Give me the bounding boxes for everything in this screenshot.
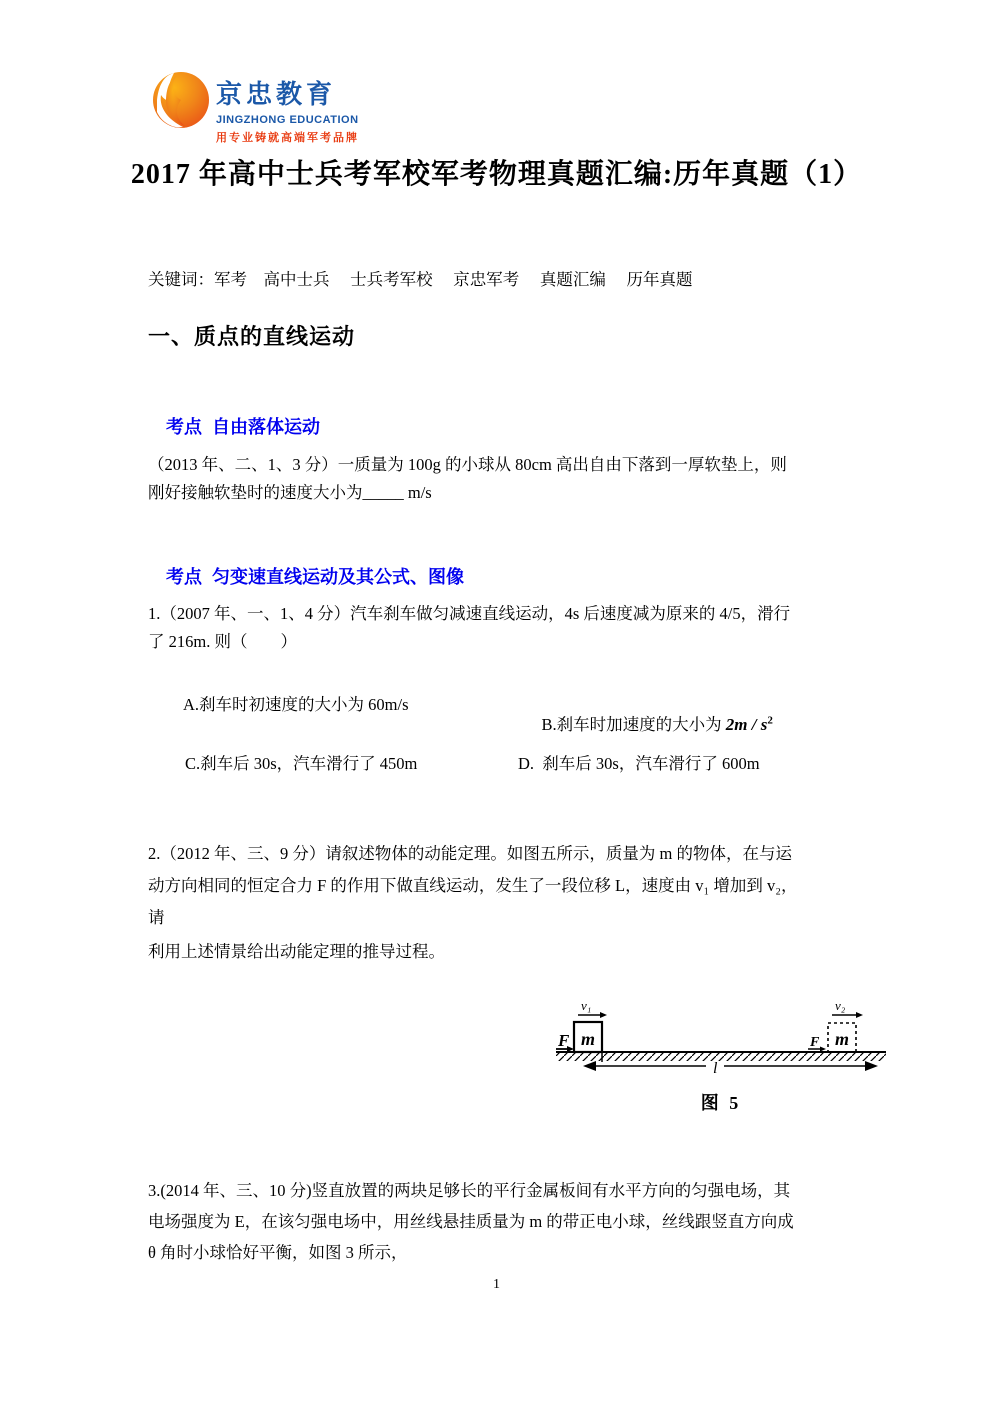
logo-name-cn: 京忠教育 (216, 74, 359, 111)
topic-prefix: 考点 (166, 417, 202, 437)
question-2-line4: 利用上述情景给出动能定理的推导过程。 (148, 938, 445, 962)
page-number: 1 (0, 1277, 993, 1293)
topic-title: 匀变速直线运动及其公式、图像 (212, 567, 464, 587)
option-b: B.刹车时加速度的大小为 2m / s2 (525, 691, 773, 755)
velocity-v2-label: v₂ (835, 1000, 846, 1013)
option-d: D. 刹车后 30s，汽车滑行了 600m (518, 750, 760, 774)
topic-heading-free-fall: 考点自由落体运动 (148, 392, 320, 460)
question-3-line1: 3.(2014 年、三、10 分)竖直放置的两块足够长的平行金属板间有水平方向的… (148, 1177, 790, 1201)
question-2013-line2: 刚好接触软垫时的速度大小为_____ m/s (148, 479, 432, 503)
figure-5-caption: 图 5 (556, 1089, 886, 1115)
logo-name-en: JINGZHONG EDUCATION (216, 114, 359, 126)
question-3-line3: θ 角时小球恰好平衡，如图 3 所示， (148, 1239, 408, 1263)
question-3-line2: 电场强度为 E，在该匀强电场中，用丝线悬挂质量为 m 的带正电小球，丝线跟竖直方… (148, 1208, 794, 1232)
option-b-exponent: 2 (767, 715, 773, 727)
keywords-line: 关键词：军考 高中士兵 士兵考军校 京忠军考 真题汇编 历年真题 (148, 266, 693, 290)
logo-tagline: 用专业铸就高端军考品牌 (216, 129, 359, 145)
force-right-label: F (809, 1035, 820, 1050)
option-b-formula: 2m / s (726, 715, 768, 734)
logo-text: 京忠教育 JINGZHONG EDUCATION 用专业铸就高端军考品牌 (216, 74, 359, 145)
option-b-text: B.刹车时加速度的大小为 (542, 715, 726, 734)
distance-label: l (713, 1060, 718, 1077)
question-2-line2: 动方向相同的恒定合力 F 的作用下做直线运动，发生了一段位移 L，速度由 v₁ … (148, 872, 798, 896)
mass-left-label: m (581, 1029, 595, 1049)
topic-title: 自由落体运动 (212, 417, 320, 437)
question-2013-line1: （2013 年、二、1、3 分）一质量为 100g 的小球从 80cm 高出自由… (148, 451, 787, 475)
topic-prefix: 考点 (166, 567, 202, 587)
document-page: 京忠教育 JINGZHONG EDUCATION 用专业铸就高端军考品牌 201… (0, 0, 993, 1404)
option-c: C.刹车后 30s，汽车滑行了 450m (185, 750, 417, 774)
jingzhong-logo-icon (152, 70, 210, 130)
option-a: A.刹车时初速度的大小为 60m/s (183, 691, 409, 715)
section-heading: 一、质点的直线运动 (148, 320, 355, 351)
page-title: 2017 年高中士兵考军校军考物理真题汇编:历年真题（1） (0, 152, 993, 192)
velocity-v1-label: v₁ (581, 1000, 591, 1013)
question-2-line1: 2.（2012 年、三、9 分）请叙述物体的动能定理。如图五所示，质量为 m 的… (148, 840, 792, 864)
question-1-line2: 了 216m. 则（ ） (148, 628, 297, 652)
figure-5-diagram: m F v₁ m F v₂ l (556, 1000, 886, 1080)
ground-hatching (556, 1053, 886, 1061)
question-1-line1: 1.（2007 年、一、1、4 分）汽车刹车做匀减速直线运动，4s 后速度减为原… (148, 600, 790, 624)
question-2-line3: 请 (148, 904, 165, 928)
mass-right-label: m (835, 1029, 849, 1049)
